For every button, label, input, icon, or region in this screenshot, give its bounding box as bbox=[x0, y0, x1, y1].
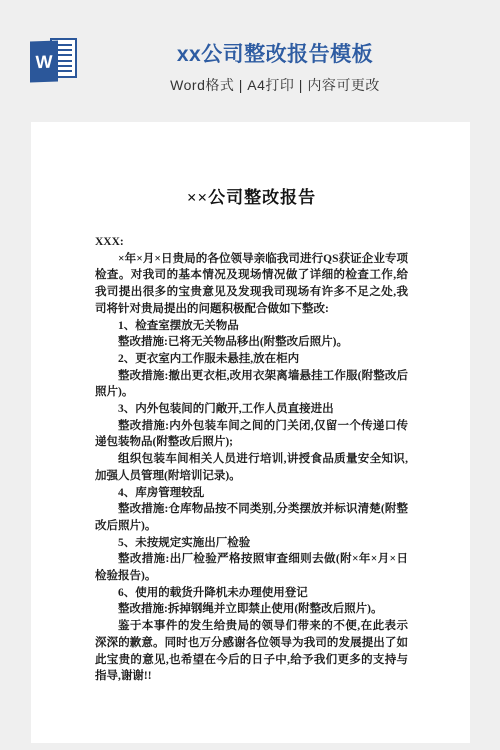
template-preview: { "colors": { "accent_blue": "#2e5ca2", … bbox=[0, 0, 500, 750]
template-title: xx公司整改报告模板 bbox=[60, 42, 490, 68]
document-paragraph: 4、库房管理较乱 bbox=[95, 485, 408, 502]
document-paragraph: XXX: bbox=[95, 234, 408, 251]
document-title: ××公司整改报告 bbox=[95, 186, 408, 210]
document-paragraph: 整改措施:出厂检验严格按照审查细则去做(附×年×月×日检验报告)。 bbox=[95, 551, 408, 584]
document-page: ××公司整改报告 XXX:×年×月×日贵局的各位领导亲临我司进行QS获证企业专项… bbox=[31, 122, 470, 743]
header-text: xx公司整改报告模板 Word格式 | A4打印 | 内容可更改 bbox=[60, 42, 490, 95]
word-icon-letter: W bbox=[36, 52, 53, 71]
document-paragraph: 6、使用的载货升降机未办理使用登记 bbox=[95, 585, 408, 602]
document-paragraph: 5、未按规定实施出厂检验 bbox=[95, 535, 408, 552]
document-paragraph: 整改措施:内外包装车间之间的门关闭,仅留一个传递口传递包装物品(附整改后照片); bbox=[95, 418, 408, 451]
template-subtitle: Word格式 | A4打印 | 内容可更改 bbox=[60, 75, 490, 95]
document-paragraph: 整改措施:仓库物品按不同类别,分类摆放并标识清楚(附整改后照片)。 bbox=[95, 501, 408, 534]
document-paragraph: 整改措施:已将无关物品移出(附整改后照片)。 bbox=[95, 334, 408, 351]
document-paragraph: ×年×月×日贵局的各位领导亲临我司进行QS获证企业专项检查。对我司的基本情况及现… bbox=[95, 251, 408, 318]
word-icon-panel: W bbox=[30, 41, 58, 83]
document-paragraph: 1、检查室摆放无关物品 bbox=[95, 318, 408, 335]
document-paragraph: 鉴于本事件的发生给贵局的领导们带来的不便,在此表示深深的歉意。同时也万分感谢各位… bbox=[95, 618, 408, 685]
document-paragraph: 组织包装车间相关人员进行培训,讲授食品质量安全知识,加强人员管理(附培训记录)。 bbox=[95, 451, 408, 484]
document-body: XXX:×年×月×日贵局的各位领导亲临我司进行QS获证企业专项检查。对我司的基本… bbox=[95, 234, 408, 685]
document-paragraph: 3、内外包装间的门敞开,工作人员直接进出 bbox=[95, 401, 408, 418]
template-header: W xx公司整改报告模板 Word格式 | A4打印 | 内容可更改 bbox=[0, 0, 500, 122]
document-paragraph: 整改措施:撤出更衣柜,改用衣架离墙悬挂工作服(附整改后照片)。 bbox=[95, 368, 408, 401]
document-paragraph: 2、更衣室内工作服未悬挂,放在柜内 bbox=[95, 351, 408, 368]
document-paragraph: 整改措施:拆掉钢绳并立即禁止使用(附整改后照片)。 bbox=[95, 601, 408, 618]
